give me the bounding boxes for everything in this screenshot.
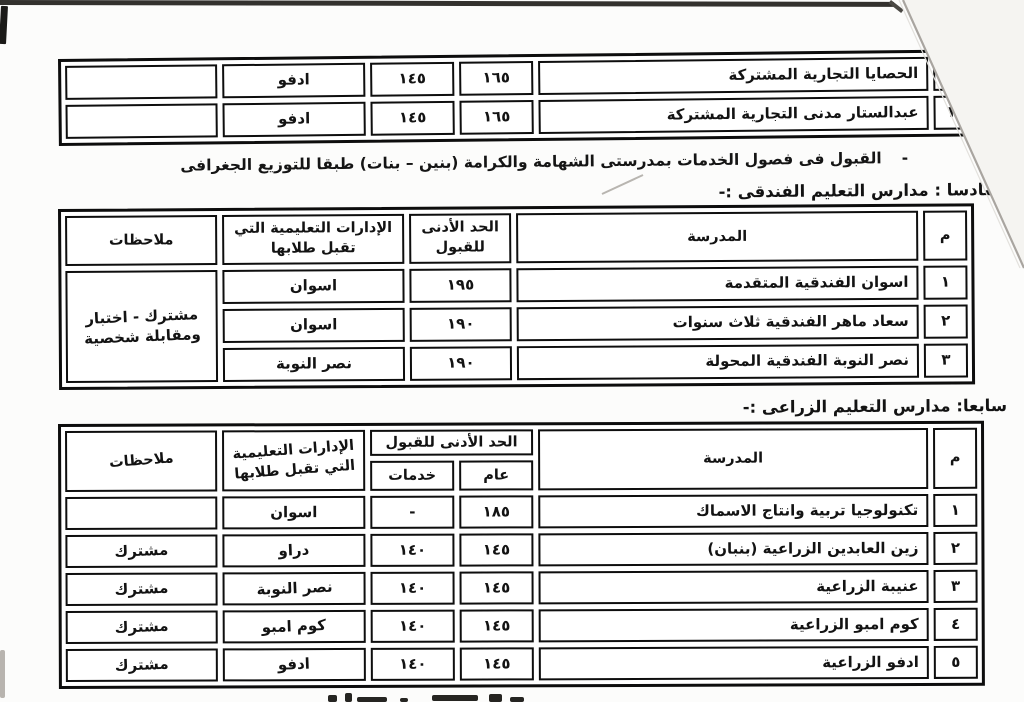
services-min-cell: - xyxy=(370,496,454,529)
minimum-score-cell: ١٩٠ xyxy=(410,346,512,381)
geographic-distribution-note: -القبول فى فصول الخدمات بمدرستى الشهامة … xyxy=(90,149,908,176)
services-min-cell: ١٤٠ xyxy=(371,648,455,681)
minimum-score-cell: ١٩٥ xyxy=(409,268,511,303)
scan-corner-mark xyxy=(0,6,8,44)
district-cell: نصر النوبة xyxy=(223,347,405,382)
row-number-cell: ٢ xyxy=(924,304,968,338)
scanner-edge-strip xyxy=(0,0,894,7)
row-number-cell: ١ xyxy=(923,265,967,299)
col-header-minimum: الحد الأدنى للقبول xyxy=(370,429,533,456)
cut-off-text-fragment xyxy=(345,693,352,702)
row-number-cell: ٢ xyxy=(933,532,977,565)
services-min-cell: ١٤٠ xyxy=(371,610,455,643)
scan-edge-mark-bottom-left xyxy=(0,650,5,698)
school-name-cell: الحصايا التجارية المشتركة xyxy=(538,57,928,95)
notes-cell xyxy=(65,64,217,100)
general-min-cell: ١٤٥ xyxy=(460,571,534,604)
cut-off-text-fragment xyxy=(357,697,387,702)
col-header-number: م xyxy=(923,210,967,260)
school-name-cell: زين العابدين الزراعية (بنبان) xyxy=(538,532,928,566)
hotel-education-table: م المدرسة الحد الأدنى للقبول الإدارات ال… xyxy=(58,203,975,390)
services-min-cell: ١٤٠ xyxy=(371,572,455,605)
col-header-districts-text: الإدارات التعليمية التي تقبل طلابها xyxy=(234,219,392,259)
row-number-cell: ١ xyxy=(933,494,977,527)
commercial-schools-table-continuation: الحصايا التجارية المشتركة ١٦٥ ١٤٥ ادفو ١… xyxy=(58,49,985,146)
merged-notes-text: مشترك - اختبار ومقابلة شخصية xyxy=(83,304,201,349)
col-header-school: المدرسة xyxy=(516,211,918,263)
cut-off-text-fragment xyxy=(328,695,337,702)
col-header-minimum: الحد الأدنى للقبول xyxy=(409,213,511,264)
section-six-heading: سادسا : مدارس التعليم الفندقى :- xyxy=(520,180,1000,203)
district-cell: ادفو xyxy=(222,102,365,137)
col-header-notes: ملاحظات xyxy=(65,215,217,266)
notes-cell: مشترك xyxy=(65,534,217,568)
school-name-cell: تكنولوجيا تربية وانتاج الاسماك xyxy=(538,494,928,528)
note-dash: - xyxy=(902,149,909,167)
district-cell: اسوان xyxy=(222,269,404,304)
col-header-districts-text: الإدارات التعليمية التي تقبل طلابها xyxy=(231,437,355,485)
notes-cell: مشترك xyxy=(66,572,218,606)
cut-off-text-fragment xyxy=(432,695,478,701)
row-number-cell: ٣ xyxy=(934,570,978,603)
minimum-score-cell: ١٩٠ xyxy=(410,307,512,342)
district-cell: اسوان xyxy=(223,308,405,343)
note-text: القبول فى فصول الخدمات بمدرستى الشهامة و… xyxy=(180,149,882,174)
school-name-cell: عنيبة الزراعية xyxy=(539,570,929,604)
school-name-cell: كوم امبو الزراعية xyxy=(539,608,929,642)
school-name-cell: ادفو الزراعية xyxy=(539,646,929,680)
district-cell: دراو xyxy=(222,534,365,567)
services-min-cell: ١٤٥ xyxy=(370,101,454,136)
merged-notes-cell: مشترك - اختبار ومقابلة شخصية xyxy=(65,270,218,383)
notes-cell: مشترك xyxy=(66,648,218,682)
col-header-notes: ملاحظات xyxy=(65,430,217,492)
general-min-cell: ١٨٥ xyxy=(459,495,533,528)
scanned-document-page: الحصايا التجارية المشتركة ١٦٥ ١٤٥ ادفو ١… xyxy=(0,0,1024,702)
col-header-general: عام xyxy=(459,460,533,490)
general-min-cell: ١٤٥ xyxy=(460,609,534,642)
row-number-cell: ٥ xyxy=(934,646,978,679)
school-name-cell: اسوان الفندقية المتقدمة xyxy=(516,266,918,302)
cut-off-text-fragment xyxy=(489,694,502,702)
general-min-cell: ١٤٥ xyxy=(460,647,534,680)
services-min-cell: ١٤٠ xyxy=(370,534,454,567)
district-cell: ادفو xyxy=(223,648,366,681)
section-seven-heading: سابعا: مدارس التعليم الزراعى :- xyxy=(545,396,1007,418)
col-header-districts: الإدارات التعليمية التي تقبل طلابها xyxy=(222,430,365,491)
district-cell: كوم امبو xyxy=(223,610,366,643)
school-name-cell: سعاد ماهر الفندقية ثلاث سنوات xyxy=(517,305,919,341)
district-cell: ادفو xyxy=(222,63,365,98)
school-name-cell: نصر النوبة الفندقية المحولة xyxy=(517,344,919,380)
general-min-cell: ١٦٥ xyxy=(459,61,533,96)
cut-off-text-fragment xyxy=(510,697,524,702)
notes-cell xyxy=(65,496,217,530)
general-min-cell: ١٤٥ xyxy=(459,533,533,566)
district-cell: نصر النوبة xyxy=(223,572,366,605)
row-number-cell: ١٥ xyxy=(933,95,977,129)
col-header-services: خدمات xyxy=(370,461,454,491)
col-header-minimum-text: الحد الأدنى للقبول xyxy=(421,219,499,259)
district-cell: اسوان xyxy=(222,496,365,529)
services-min-cell: ١٤٥ xyxy=(370,62,454,97)
row-number-cell: ٤ xyxy=(934,608,978,641)
notes-cell xyxy=(65,103,217,139)
col-header-number: م xyxy=(933,428,977,489)
cut-off-text-fragment xyxy=(400,698,408,702)
row-number-cell: ٣ xyxy=(924,343,968,377)
row-number-cell xyxy=(933,56,977,90)
col-header-districts: الإدارات التعليمية التي تقبل طلابها xyxy=(222,214,404,265)
school-name-cell: عبدالستار مدنى التجارية المشتركة xyxy=(538,96,928,134)
general-min-cell: ١٦٥ xyxy=(459,100,533,135)
col-header-school: المدرسة xyxy=(538,428,928,490)
agricultural-education-table: م المدرسة الحد الأدنى للقبول عام خدمات ا… xyxy=(58,421,985,689)
notes-cell: مشترك xyxy=(66,610,218,644)
